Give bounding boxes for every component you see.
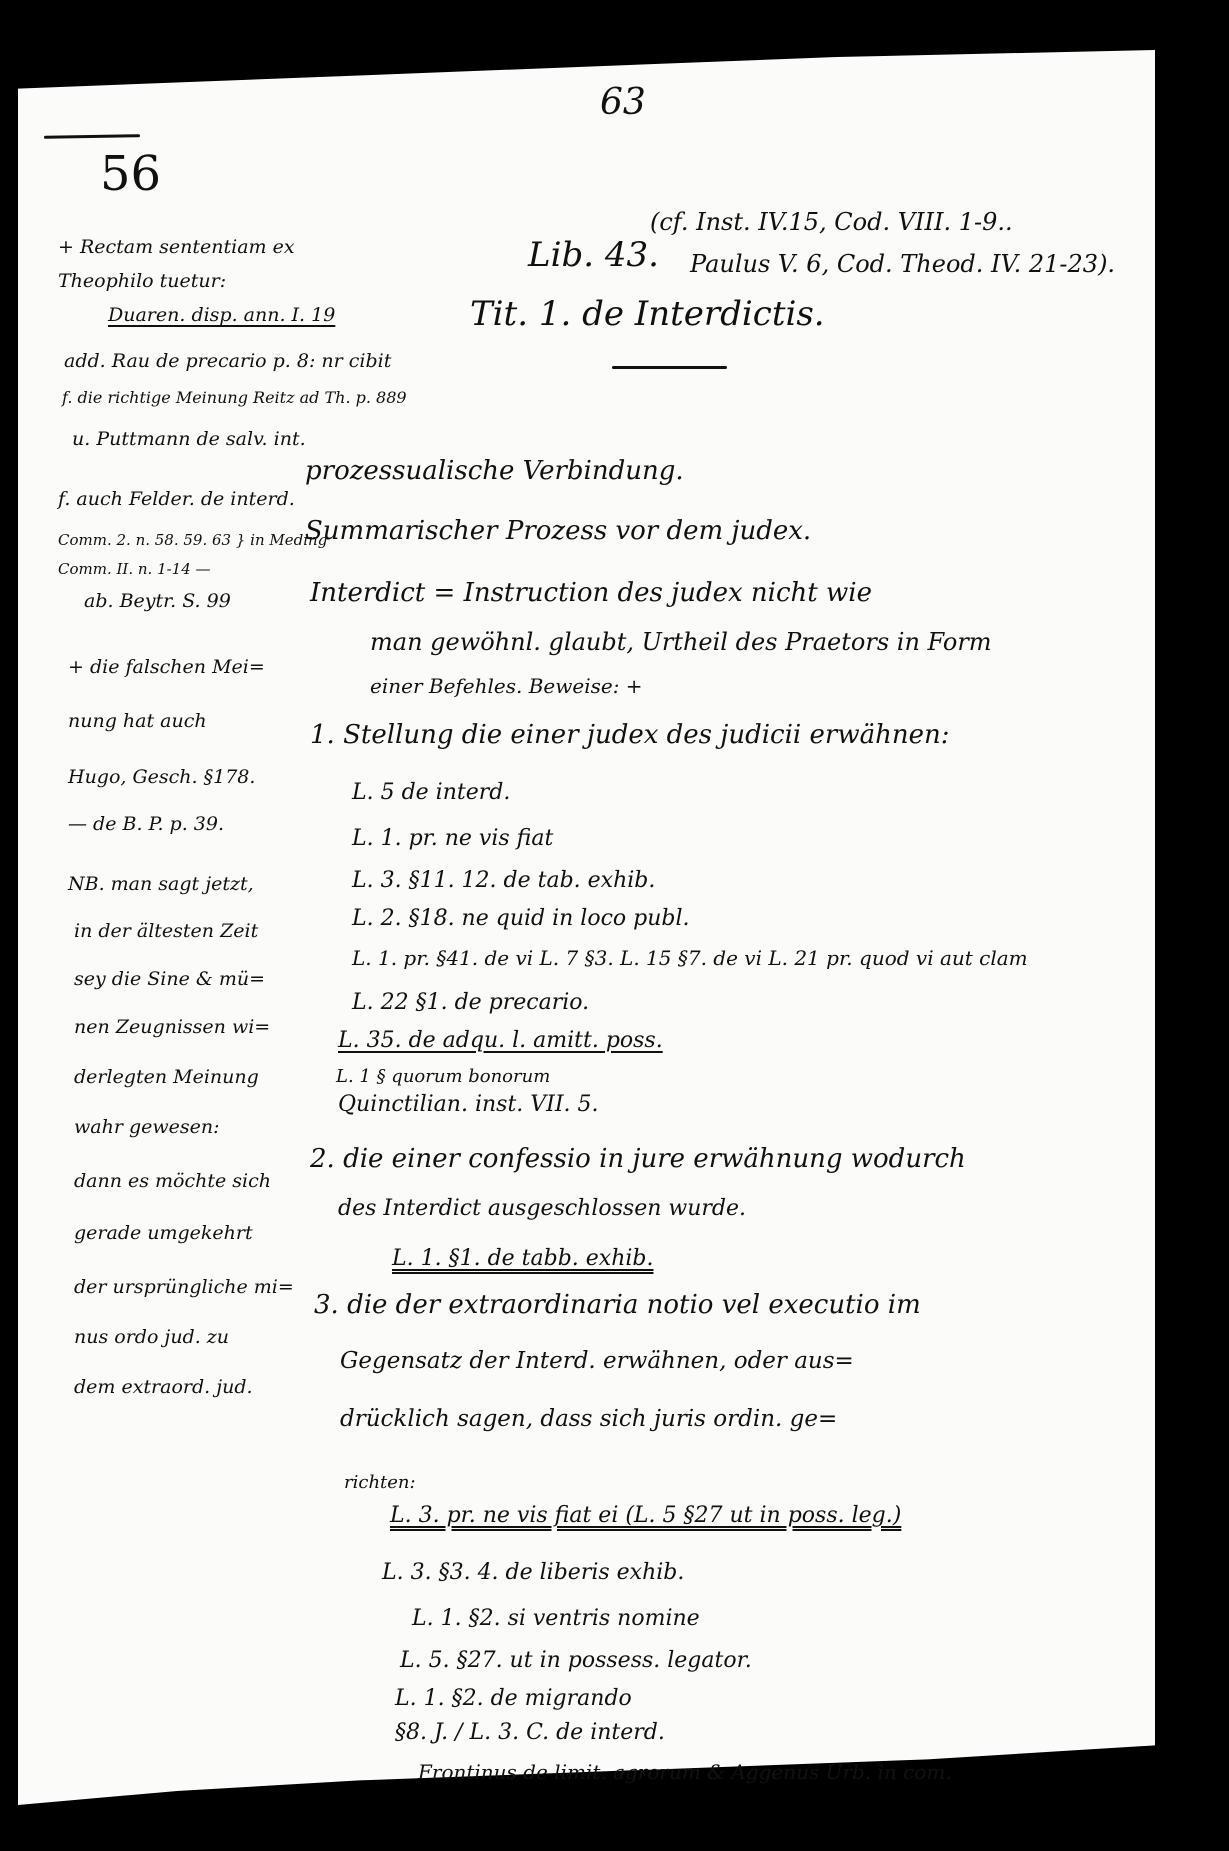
margin-note: Comm. 2. n. 58. 59. 63 } in Meding (58, 533, 327, 548)
margin-note: nung hat auch (68, 712, 207, 731)
margin-note: u. Puttmann de salv. int. (72, 430, 306, 449)
margin-note: dann es möchte sich (74, 1172, 271, 1191)
citation-line: L. 1. §2. de migrando (395, 1688, 632, 1710)
margin-note: Comm. II. n. 1-14 — (58, 562, 211, 577)
margin-note: wahr gewesen: (74, 1118, 220, 1137)
margin-note: — de B. P. p. 39. (68, 815, 224, 834)
margin-note: add. Rau de precario p. 8: nr cibit (64, 352, 391, 371)
margin-note: nus ordo jud. zu (74, 1328, 229, 1347)
margin-note: in der ältesten Zeit (74, 922, 258, 941)
margin-note: Duaren. disp. ann. I. 19 (108, 306, 335, 325)
margin-note: Theophilo tuetur: (58, 272, 226, 291)
margin-note: der ursprüngliche mi= (74, 1278, 294, 1297)
body-line: 2. die einer confessio in jure erwähnung… (310, 1146, 966, 1172)
body-line: richten: (344, 1474, 416, 1492)
margin-note: nen Zeugnissen wi= (74, 1018, 270, 1037)
citation-line: L. 1. §2. si ventris nomine (412, 1608, 700, 1630)
citation-line: L. 5. §27. ut in possess. legator. (400, 1650, 752, 1672)
citation-line: L. 3. §3. 4. de liberis exhib. (382, 1562, 684, 1584)
citation-line: L. 3. §11. 12. de tab. exhib. (352, 870, 655, 892)
margin-note: NB. man sagt jetzt, (68, 875, 254, 894)
heading-references-2: Paulus V. 6, Cod. Theod. IV. 21-23). (690, 252, 1115, 276)
margin-note: gerade umgekehrt (74, 1224, 253, 1243)
margin-note: dem extraord. jud. (74, 1378, 253, 1397)
title-underline (612, 366, 727, 369)
margin-note: + Rectam sententiam ex (58, 238, 295, 257)
margin-note: Hugo, Gesch. §178. (68, 768, 255, 787)
body-line: einer Befehles. Beweise: + (370, 676, 643, 696)
citation-line: L. 22 §1. de precario. (352, 992, 589, 1014)
margin-note: + die falschen Mei= (68, 658, 265, 677)
body-line: des Interdict ausgeschlossen wurde. (338, 1198, 746, 1220)
citation-line: Quinctilian. inst. VII. 5. (338, 1094, 599, 1116)
citation-line: L. 3. pr. ne vis fiat ei (L. 5 §27 ut in… (390, 1505, 901, 1527)
body-line: Summarischer Prozess vor dem judex. (305, 518, 811, 544)
margin-note: derlegten Meinung (74, 1068, 259, 1087)
body-line: Interdict = Instruction des judex nicht … (310, 580, 872, 606)
citation-line: §8. J. / L. 3. C. de interd. (395, 1722, 665, 1744)
body-line: man gewöhnl. glaubt, Urtheil des Praetor… (370, 630, 992, 654)
margin-note: f. die richtige Meinung Reitz ad Th. p. … (62, 390, 407, 406)
citation-line: L. 2. §18. ne quid in loco publ. (352, 908, 690, 930)
title-heading: Tit. 1. de Interdictis. (470, 297, 825, 331)
body-line: 1. Stellung die einer judex des judicii … (310, 722, 949, 748)
citation-line: L. 1. pr. ne vis fiat (352, 828, 553, 850)
book-heading: Lib. 43. (528, 238, 659, 272)
margin-note: f. auch Felder. de interd. (58, 490, 295, 509)
body-line: Gegensatz der Interd. erwähnen, oder aus… (340, 1350, 854, 1373)
citation-line: L. 1 § quorum bonorum (336, 1068, 550, 1086)
citation-line: L. 1. pr. §41. de vi L. 7 §3. L. 15 §7. … (352, 948, 1028, 968)
heading-references-1: (cf. Inst. IV.15, Cod. VIII. 1-9.. (650, 210, 1013, 234)
page-number-top: 63 (600, 85, 646, 121)
body-line: prozessualische Verbindung. (305, 458, 684, 484)
body-line: drücklich sagen, dass sich juris ordin. … (340, 1408, 837, 1431)
citation-line: L. 5 de interd. (352, 782, 510, 804)
body-line: 3. die der extraordinaria notio vel exec… (314, 1292, 921, 1318)
citation-line: L. 35. de adqu. l. amitt. poss. (338, 1030, 663, 1052)
margin-note: sey die Sine & mü= (74, 970, 265, 989)
citation-line: L. 1. §1. de tabb. exhib. (392, 1248, 653, 1270)
margin-note: ab. Beytr. S. 99 (84, 592, 231, 611)
page-number-margin: 56 (100, 150, 161, 198)
citation-line: Frontinus de limit. agrorum & Aggenus Ur… (418, 1762, 952, 1782)
